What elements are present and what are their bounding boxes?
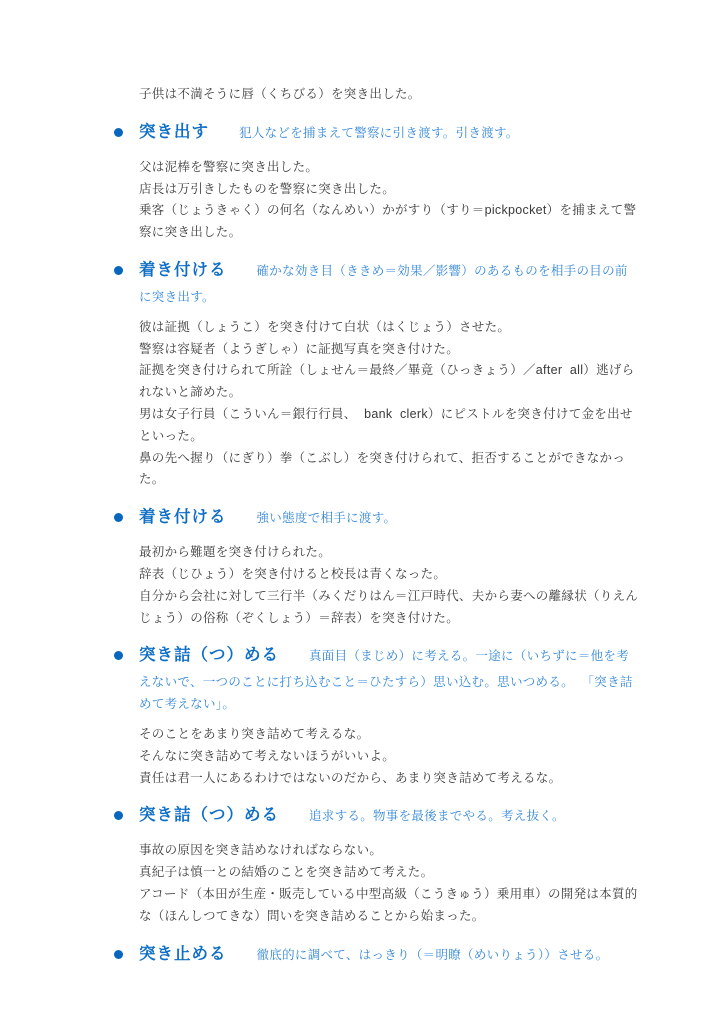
entry-term: 着き付ける xyxy=(139,261,227,279)
example-sentence: 証拠を突き付けられて所詮（しょせん＝最終／畢竟（ひっきょう）／after all… xyxy=(139,360,640,404)
example-sentence: 警察は容疑者（ようぎしゃ）に証拠写真を突き付けた。 xyxy=(139,339,640,361)
entry-definition: 犯人などを捕まえて警察に引き渡す。引き渡す。 xyxy=(239,126,519,140)
entry-heading: 突き詰（つ）める追求する。物事を最後までやる。考え抜く。 xyxy=(139,799,640,832)
example-sentence: 最初から難題を突き付けられた。 xyxy=(139,542,640,564)
vocab-entries-container: 突き出す犯人などを捕まえて警察に引き渡す。引き渡す。父は泥棒を警察に突き出した。… xyxy=(139,116,640,971)
entry-term: 着き付ける xyxy=(139,508,227,526)
example-sentence: 辞表（じひょう）を突き付けると校長は青くなった。 xyxy=(139,564,640,586)
entry-heading: 着き付ける強い態度で相手に渡す。 xyxy=(139,501,640,534)
example-sentence: 父は泥棒を警察に突き出した。 xyxy=(139,157,640,179)
example-sentence: 真紀子は慎一との結婚のことを突き詰めて考えた。 xyxy=(139,862,640,884)
bullet-icon xyxy=(114,811,123,820)
intro-sentence: 子供は不満そうに唇（くちびる）を突き出した。 xyxy=(139,84,640,106)
entry-term: 突き出す xyxy=(139,123,209,141)
vocab-entry: 着き付ける強い態度で相手に渡す。最初から難題を突き付けられた。辞表（じひょう）を… xyxy=(139,501,640,629)
example-sentence: そんなに突き詰めて考えないほうがいいよ。 xyxy=(139,746,640,768)
entry-heading: 突き出す犯人などを捕まえて警察に引き渡す。引き渡す。 xyxy=(139,116,640,149)
entry-term: 突き詰（つ）める xyxy=(139,806,279,824)
vocab-entry: 着き付ける確かな効き目（ききめ＝効果／影響）のあるものを相手の目の前に突き出す。… xyxy=(139,254,640,491)
example-sentences: 事故の原因を突き詰めなければならない。真紀子は慎一との結婚のことを突き詰めて考え… xyxy=(139,840,640,927)
entry-definition: 追求する。物事を最後までやる。考え抜く。 xyxy=(309,809,565,823)
bullet-icon xyxy=(114,651,123,660)
example-sentence: 責任は君一人にあるわけではないのだから、あまり突き詰めて考えるな。 xyxy=(139,768,640,790)
vocab-entry: 突き止める徹底的に調べて、はっきり（＝明瞭（めいりょう））させる。 xyxy=(139,938,640,971)
example-sentence: 店長は万引きしたものを警察に突き出した。 xyxy=(139,179,640,201)
example-sentence: 男は女子行員（こういん＝銀行行員、 bank clerk）にピストルを突き付けて… xyxy=(139,404,640,448)
bullet-icon xyxy=(114,513,123,522)
example-sentence: 鼻の先へ握り（にぎり）拳（こぶし）を突き付けられて、拒否することができなかった。 xyxy=(139,448,640,492)
bullet-icon xyxy=(114,266,123,275)
entry-heading: 着き付ける確かな効き目（ききめ＝効果／影響）のあるものを相手の目の前に突き出す。 xyxy=(139,254,640,309)
example-sentence: 彼は証拠（しょうこ）を突き付けて白状（はくじょう）させた。 xyxy=(139,317,640,339)
vocab-entry: 突き出す犯人などを捕まえて警察に引き渡す。引き渡す。父は泥棒を警察に突き出した。… xyxy=(139,116,640,244)
vocab-entry: 突き詰（つ）める真面目（まじめ）に考える。一途に（いちずに＝他を考えないで、一つ… xyxy=(139,639,640,789)
example-sentence: 自分から会社に対して三行半（みくだりはん＝江戸時代、夫から妻への離縁状（りえんじ… xyxy=(139,586,640,630)
entry-definition: 徹底的に調べて、はっきり（＝明瞭（めいりょう））させる。 xyxy=(257,948,609,962)
example-sentences: 最初から難題を突き付けられた。辞表（じひょう）を突き付けると校長は青くなった。自… xyxy=(139,542,640,629)
example-sentence: 事故の原因を突き詰めなければならない。 xyxy=(139,840,640,862)
bullet-icon xyxy=(114,950,123,959)
example-sentences: 彼は証拠（しょうこ）を突き付けて白状（はくじょう）させた。警察は容疑者（ようぎし… xyxy=(139,317,640,491)
entry-term: 突き詰（つ）める xyxy=(139,646,279,664)
example-sentence: 乗客（じょうきゃく）の何名（なんめい）かがすり（すり＝pickpocket）を捕… xyxy=(139,200,640,244)
document-page: 子供は不満そうに唇（くちびる）を突き出した。 突き出す犯人などを捕まえて警察に引… xyxy=(0,0,724,1023)
bullet-icon xyxy=(114,128,123,137)
example-sentences: 父は泥棒を警察に突き出した。店長は万引きしたものを警察に突き出した。乗客（じょう… xyxy=(139,157,640,244)
entry-definition: 強い態度で相手に渡す。 xyxy=(257,511,397,525)
example-sentences: そのことをあまり突き詰めて考えるな。そんなに突き詰めて考えないほうがいいよ。責任… xyxy=(139,724,640,789)
entry-heading: 突き止める徹底的に調べて、はっきり（＝明瞭（めいりょう））させる。 xyxy=(139,938,640,971)
entry-term: 突き止める xyxy=(139,945,227,963)
example-sentence: アコード（本田が生産・販売している中型高級（こうきゅう）乗用車）の開発は本質的な… xyxy=(139,884,640,928)
entry-heading: 突き詰（つ）める真面目（まじめ）に考える。一途に（いちずに＝他を考えないで、一つ… xyxy=(139,639,640,716)
example-sentence: そのことをあまり突き詰めて考えるな。 xyxy=(139,724,640,746)
document-content: 子供は不満そうに唇（くちびる）を突き出した。 突き出す犯人などを捕まえて警察に引… xyxy=(139,84,640,971)
vocab-entry: 突き詰（つ）める追求する。物事を最後までやる。考え抜く。事故の原因を突き詰めなけ… xyxy=(139,799,640,927)
